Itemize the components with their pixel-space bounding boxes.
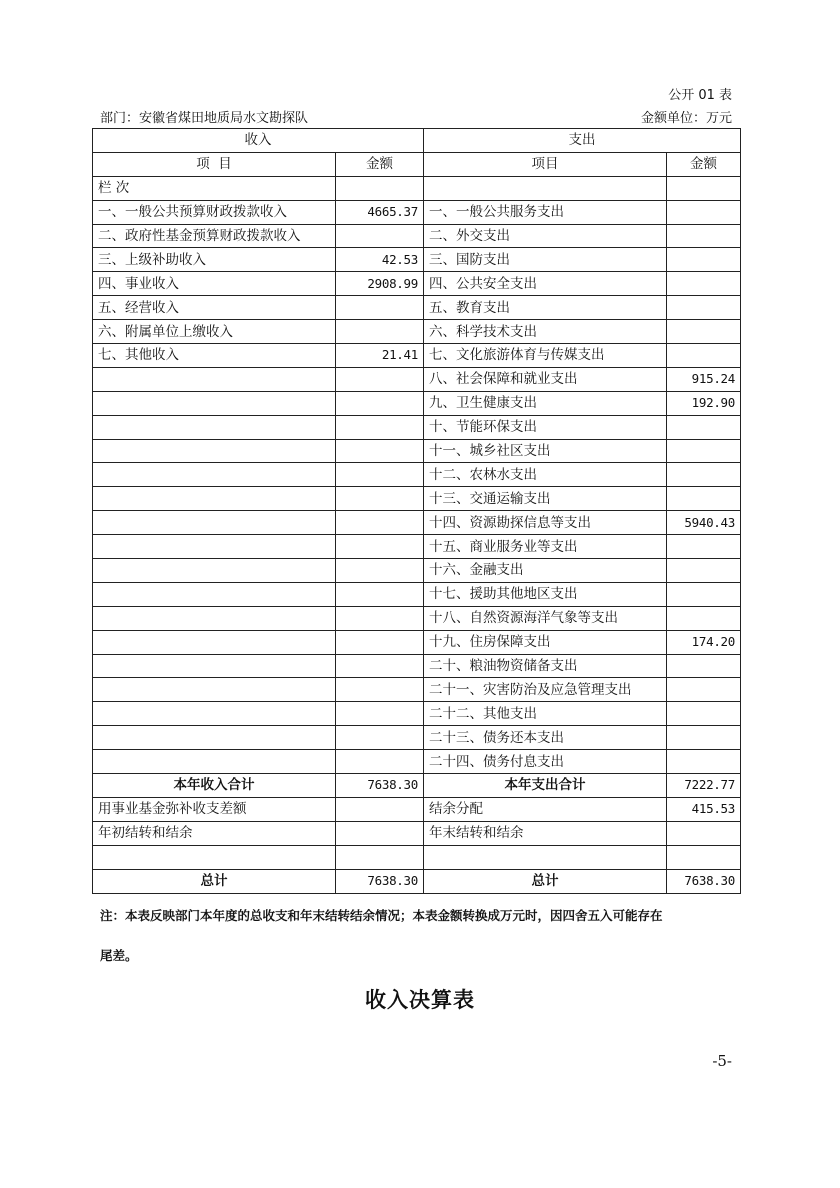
table-row: 二十二、其他支出 xyxy=(93,702,741,726)
income-item xyxy=(93,606,336,630)
next-section-title: 收入决算表 xyxy=(0,984,840,1014)
income-item: 五、经营收入 xyxy=(93,296,336,320)
col-item-expense: 项目 xyxy=(424,152,667,176)
col-amount-income: 金额 xyxy=(336,152,424,176)
table-row xyxy=(93,845,741,869)
expense-item: 二十一、灾害防治及应急管理支出 xyxy=(424,678,667,702)
section-income: 收入 xyxy=(93,129,424,153)
income-item xyxy=(93,463,336,487)
expense-item: 二十、粮油物资储备支出 xyxy=(424,654,667,678)
income-amount: 21.41 xyxy=(336,344,424,368)
expense-amount xyxy=(667,606,741,630)
page-number: -5- xyxy=(712,1052,732,1070)
income-amount xyxy=(336,224,424,248)
income-item: 用事业基金弥补收支差额 xyxy=(93,797,336,821)
income-amount xyxy=(336,797,424,821)
table-row: 十九、住房保障支出174.20 xyxy=(93,630,741,654)
table-row: 二十四、债务付息支出 xyxy=(93,750,741,774)
expense-amount xyxy=(667,224,741,248)
income-amount xyxy=(336,821,424,845)
expense-amount xyxy=(667,654,741,678)
expense-amount: 415.53 xyxy=(667,797,741,821)
expense-item: 二十三、债务还本支出 xyxy=(424,726,667,750)
total-row: 总计7638.30总计7638.30 xyxy=(93,869,741,893)
empty-cell xyxy=(336,176,424,200)
income-subtotal-label: 本年收入合计 xyxy=(93,774,336,798)
column-header-row: 项 目 金额 项目 金额 xyxy=(93,152,741,176)
income-amount xyxy=(336,415,424,439)
income-item: 二、政府性基金预算财政拨款收入 xyxy=(93,224,336,248)
column-index-label: 栏 次 xyxy=(93,176,336,200)
expense-item: 五、教育支出 xyxy=(424,296,667,320)
table-row: 九、卫生健康支出192.90 xyxy=(93,391,741,415)
income-item xyxy=(93,678,336,702)
col-item-income: 项 目 xyxy=(93,152,336,176)
expense-item: 二十四、债务付息支出 xyxy=(424,750,667,774)
section-expense: 支出 xyxy=(424,129,741,153)
expense-item: 十一、城乡社区支出 xyxy=(424,439,667,463)
income-amount xyxy=(336,511,424,535)
income-item xyxy=(93,559,336,583)
table-row: 一、一般公共预算财政拨款收入4665.37一、一般公共服务支出 xyxy=(93,200,741,224)
table-row: 十八、自然资源海洋气象等支出 xyxy=(93,606,741,630)
expense-amount xyxy=(667,248,741,272)
income-amount xyxy=(336,320,424,344)
expense-item: 八、社会保障和就业支出 xyxy=(424,367,667,391)
income-item xyxy=(93,654,336,678)
income-amount xyxy=(336,678,424,702)
table-row: 十一、城乡社区支出 xyxy=(93,439,741,463)
income-item: 年初结转和结余 xyxy=(93,821,336,845)
expense-amount: 5940.43 xyxy=(667,511,741,535)
income-item xyxy=(93,702,336,726)
income-item: 一、一般公共预算财政拨款收入 xyxy=(93,200,336,224)
income-amount xyxy=(336,367,424,391)
income-item xyxy=(93,487,336,511)
table-row: 七、其他收入21.41七、文化旅游体育与传媒支出 xyxy=(93,344,741,368)
table-row: 二、政府性基金预算财政拨款收入二、外交支出 xyxy=(93,224,741,248)
income-amount: 2908.99 xyxy=(336,272,424,296)
income-amount: 42.53 xyxy=(336,248,424,272)
expense-item: 二、外交支出 xyxy=(424,224,667,248)
income-amount xyxy=(336,559,424,583)
expense-amount xyxy=(667,702,741,726)
table-row: 十二、农林水支出 xyxy=(93,463,741,487)
income-total-amount: 7638.30 xyxy=(336,869,424,893)
form-code: 公开 01 表 xyxy=(668,84,732,103)
income-amount xyxy=(336,750,424,774)
expense-amount xyxy=(667,463,741,487)
income-item xyxy=(93,750,336,774)
expense-subtotal-amount: 7222.77 xyxy=(667,774,741,798)
empty-cell xyxy=(667,176,741,200)
table-row: 二十、粮油物资储备支出 xyxy=(93,654,741,678)
expense-item: 十九、住房保障支出 xyxy=(424,630,667,654)
income-item xyxy=(93,391,336,415)
expense-amount xyxy=(667,845,741,869)
expense-item: 一、一般公共服务支出 xyxy=(424,200,667,224)
expense-item: 九、卫生健康支出 xyxy=(424,391,667,415)
expense-amount xyxy=(667,678,741,702)
department-label: 部门：安徽省煤田地质局水文勘探队 xyxy=(100,107,308,126)
income-amount xyxy=(336,463,424,487)
income-amount: 4665.37 xyxy=(336,200,424,224)
expense-amount xyxy=(667,559,741,583)
expense-amount xyxy=(667,750,741,774)
expense-item xyxy=(424,845,667,869)
expense-item: 四、公共安全支出 xyxy=(424,272,667,296)
income-item: 三、上级补助收入 xyxy=(93,248,336,272)
expense-item: 十六、金融支出 xyxy=(424,559,667,583)
expense-item: 十八、自然资源海洋气象等支出 xyxy=(424,606,667,630)
income-amount xyxy=(336,654,424,678)
table-row: 十、节能环保支出 xyxy=(93,415,741,439)
income-item xyxy=(93,630,336,654)
empty-cell xyxy=(424,176,667,200)
expense-item: 十七、援助其他地区支出 xyxy=(424,582,667,606)
expense-amount xyxy=(667,344,741,368)
table-row: 二十一、灾害防治及应急管理支出 xyxy=(93,678,741,702)
table-row: 五、经营收入五、教育支出 xyxy=(93,296,741,320)
expense-amount xyxy=(667,296,741,320)
table-row: 十五、商业服务业等支出 xyxy=(93,535,741,559)
table-row: 年初结转和结余年末结转和结余 xyxy=(93,821,741,845)
expense-amount xyxy=(667,200,741,224)
income-item xyxy=(93,845,336,869)
expense-amount xyxy=(667,535,741,559)
expense-item: 十二、农林水支出 xyxy=(424,463,667,487)
income-item xyxy=(93,415,336,439)
unit-label: 金额单位：万元 xyxy=(641,107,732,126)
table-row: 四、事业收入2908.99四、公共安全支出 xyxy=(93,272,741,296)
expense-total-label: 总计 xyxy=(424,869,667,893)
table-row: 十六、金融支出 xyxy=(93,559,741,583)
income-amount xyxy=(336,606,424,630)
expense-item: 三、国防支出 xyxy=(424,248,667,272)
income-item: 四、事业收入 xyxy=(93,272,336,296)
footnote-line-2: 尾差。 xyxy=(100,946,138,964)
column-index-row: 栏 次 xyxy=(93,176,741,200)
expense-item: 二十二、其他支出 xyxy=(424,702,667,726)
section-header-row: 收入 支出 xyxy=(93,129,741,153)
expense-item: 十四、资源勘探信息等支出 xyxy=(424,511,667,535)
expense-amount xyxy=(667,320,741,344)
expense-amount xyxy=(667,821,741,845)
expense-item: 七、文化旅游体育与传媒支出 xyxy=(424,344,667,368)
expense-amount xyxy=(667,726,741,750)
table-row: 十四、资源勘探信息等支出5940.43 xyxy=(93,511,741,535)
income-amount xyxy=(336,582,424,606)
income-item: 七、其他收入 xyxy=(93,344,336,368)
table-row: 十三、交通运输支出 xyxy=(93,487,741,511)
expense-amount: 915.24 xyxy=(667,367,741,391)
expense-amount: 174.20 xyxy=(667,630,741,654)
table-row: 用事业基金弥补收支差额结余分配415.53 xyxy=(93,797,741,821)
income-subtotal-amount: 7638.30 xyxy=(336,774,424,798)
expense-amount: 192.90 xyxy=(667,391,741,415)
income-item xyxy=(93,439,336,463)
expense-item: 六、科学技术支出 xyxy=(424,320,667,344)
income-amount xyxy=(336,296,424,320)
expense-subtotal-label: 本年支出合计 xyxy=(424,774,667,798)
subtotal-row: 本年收入合计7638.30本年支出合计7222.77 xyxy=(93,774,741,798)
col-amount-expense: 金额 xyxy=(667,152,741,176)
table-row: 六、附属单位上缴收入六、科学技术支出 xyxy=(93,320,741,344)
income-item xyxy=(93,511,336,535)
expense-amount xyxy=(667,439,741,463)
expense-item: 十、节能环保支出 xyxy=(424,415,667,439)
income-amount xyxy=(336,487,424,511)
footnote-line-1: 注：本表反映部门本年度的总收支和年末结转结余情况；本表金额转换成万元时，因四舍五… xyxy=(100,906,663,924)
income-item: 六、附属单位上缴收入 xyxy=(93,320,336,344)
expense-amount xyxy=(667,582,741,606)
expense-item: 十五、商业服务业等支出 xyxy=(424,535,667,559)
expense-amount xyxy=(667,272,741,296)
income-item xyxy=(93,367,336,391)
expense-amount xyxy=(667,487,741,511)
income-amount xyxy=(336,726,424,750)
table-row: 三、上级补助收入42.53三、国防支出 xyxy=(93,248,741,272)
income-item xyxy=(93,582,336,606)
expense-total-amount: 7638.30 xyxy=(667,869,741,893)
table-row: 八、社会保障和就业支出915.24 xyxy=(93,367,741,391)
income-total-label: 总计 xyxy=(93,869,336,893)
income-amount xyxy=(336,702,424,726)
expense-item: 十三、交通运输支出 xyxy=(424,487,667,511)
expense-item: 结余分配 xyxy=(424,797,667,821)
table-row: 二十三、债务还本支出 xyxy=(93,726,741,750)
expense-amount xyxy=(667,415,741,439)
expense-item: 年末结转和结余 xyxy=(424,821,667,845)
income-amount xyxy=(336,391,424,415)
income-item xyxy=(93,726,336,750)
income-amount xyxy=(336,439,424,463)
income-amount xyxy=(336,630,424,654)
income-amount xyxy=(336,845,424,869)
table-row: 十七、援助其他地区支出 xyxy=(93,582,741,606)
income-amount xyxy=(336,535,424,559)
income-expense-table: 收入 支出 项 目 金额 项目 金额 栏 次 一、一般公共预算财政拨款收入466… xyxy=(92,128,741,894)
income-item xyxy=(93,535,336,559)
